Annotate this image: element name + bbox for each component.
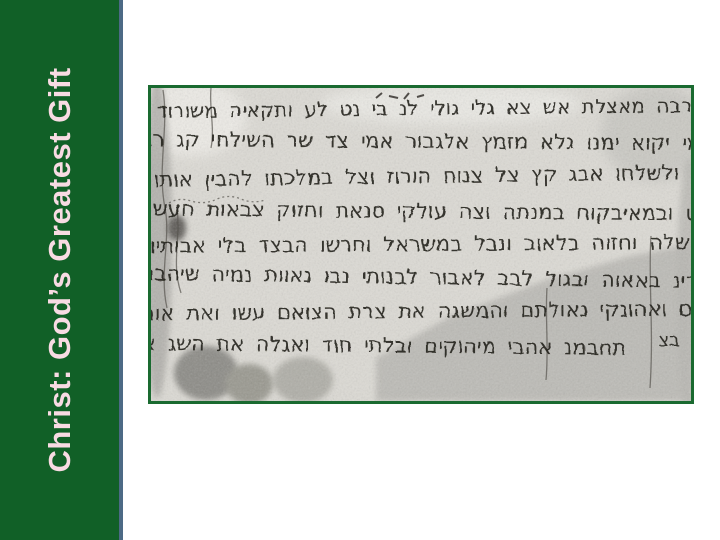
manuscript-image-frame: לצורבה מאצלת אש צא גלי גולי לנ בי נט לע … xyxy=(148,85,694,404)
slide-canvas: Christ: God’s Greatest Gift xyxy=(0,0,720,540)
sidebar: Christ: God’s Greatest Gift xyxy=(0,0,119,540)
manuscript-line: נהעם ואהונקי נאולתם והמשגה את צרת הצואם … xyxy=(151,296,691,325)
manuscript-line: שנמי יקוא ימנו גלא מזמץ אלגבור אמי צד שר… xyxy=(151,127,691,155)
sidebar-accent-line xyxy=(119,0,123,540)
manuscript-line: חשה שלה וחזוה בלאוב ונבל במשראל וחרשו הב… xyxy=(151,230,691,259)
manuscript-line-fragment: בצ xyxy=(658,330,679,351)
manuscript-line: תחבמנ אהבי מיהוקים ובלתי חוד ואגלה את הש… xyxy=(151,330,626,360)
slide-title-vertical: Christ: God’s Greatest Gift xyxy=(42,67,78,472)
manuscript-image: לצורבה מאצלת אש צא גלי גולי לנ בי נט לע … xyxy=(151,88,691,401)
